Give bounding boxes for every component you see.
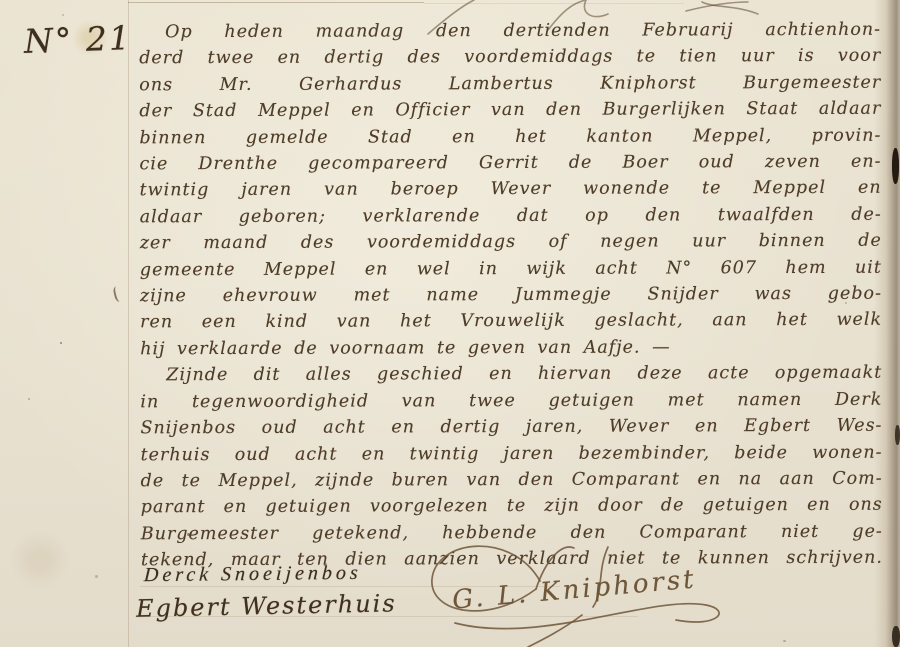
body-line: Op heden maandag den dertienden Februari… (139, 17, 881, 46)
body-line: derd twee en dertig des voordemiddags te… (139, 43, 881, 72)
body-line: der Stad Meppel en Officier van den Burg… (139, 96, 881, 125)
body-line: binnen gemelde Stad en het kanton Meppel… (139, 122, 881, 151)
signature-witness-2: Egbert Westerhuis (136, 589, 397, 622)
body-line: Snijenbos oud acht en dertig jaren, Weve… (140, 413, 882, 442)
body-line: Zijnde dit alles geschied en hiervan dez… (140, 360, 882, 389)
signature-official: G. L. Kniphorst (420, 535, 760, 647)
margin-rule-line (128, 0, 129, 647)
body-line: ren een kind van het Vrouwelijk geslacht… (140, 307, 882, 336)
document-page: N° 21 Op heden maandag den dertienden Fe… (0, 0, 900, 647)
signature-witness-1: Derck Snoeijenbos (143, 562, 362, 587)
previous-entry-rule-faint (424, 3, 684, 4)
record-number: N° 21 (23, 18, 132, 61)
paper-speck (783, 640, 786, 642)
body-line: gemeente Meppel en wel in wijk acht N° 6… (140, 254, 882, 283)
paper-speck (28, 398, 30, 400)
page-edge-stain (895, 425, 900, 445)
body-line: hij verklaarde de voornaam te geven van … (140, 334, 882, 363)
body-line: cie Drenthe gecompareerd Gerrit de Boer … (139, 149, 881, 178)
paper-speck (62, 14, 64, 16)
body-line: de te Meppel, zijnde buren van den Compa… (141, 466, 883, 495)
body-line: in tegenwoordigheid van twee getuigen me… (140, 386, 882, 415)
page-edge-stain (892, 626, 900, 647)
body-line: zijne ehevrouw met name Jummegje Snijder… (140, 281, 882, 310)
page-edge-stain (892, 148, 899, 184)
stray-ink-mark (112, 285, 124, 302)
act-body-text: Op heden maandag den dertienden Februari… (139, 17, 883, 574)
body-line: parant en getuigen voorgelezen te zijn d… (141, 492, 883, 521)
paper-speck (187, 533, 190, 536)
body-line: terhuis oud acht en twintig jaren bezemb… (141, 439, 883, 468)
body-line: ons Mr. Gerhardus Lambertus Kniphorst Bu… (139, 70, 881, 99)
body-line: twintig jaren van beroep Wever wonende t… (140, 175, 882, 204)
paper-speck (95, 575, 98, 578)
paper-speck (845, 302, 847, 304)
body-line: aldaar geboren; verklarende dat op den t… (140, 202, 882, 231)
page-edge (874, 0, 900, 647)
previous-entry-rule (128, 2, 424, 3)
body-line: zer maand des voordemiddags of negen uur… (140, 228, 882, 257)
paper-speck (60, 342, 62, 344)
